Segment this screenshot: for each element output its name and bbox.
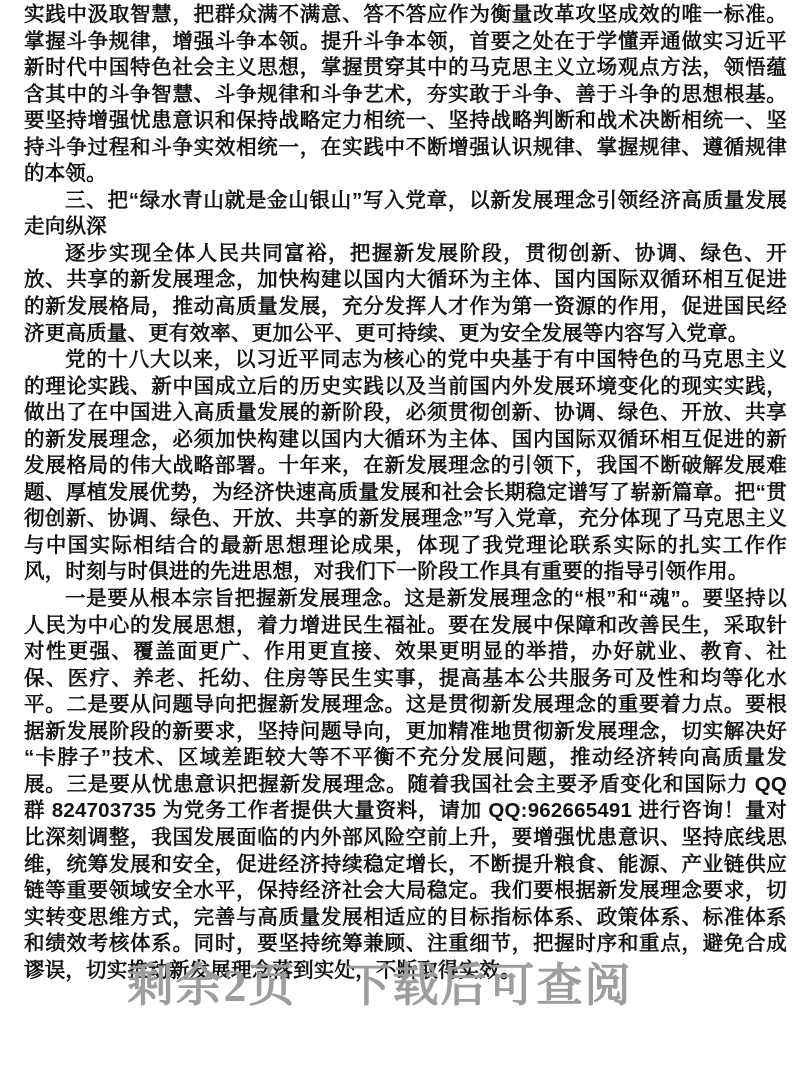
pages-remaining-label: 剩余2页 — [128, 960, 297, 1011]
paragraph-18th-congress: 党的十八大以来，以习近平同志为核心的党中央基于有中国特色的马克思主义的理论实践、… — [24, 347, 787, 586]
section-heading-three: 三、把“绿水青山就是金山银山”写入党章，以新发展理念引领经济高质量发展走向纵深 — [24, 188, 787, 241]
download-hint-label: 下载后可查阅 — [345, 960, 633, 1011]
document-page: 实践中汲取智慧，把群众满不满意、答不答应作为衡量改革攻坚成效的唯一标准。掌握斗争… — [0, 0, 800, 1069]
document-body: 实践中汲取智慧，把群众满不满意、答不答应作为衡量改革攻坚成效的唯一标准。掌握斗争… — [24, 2, 787, 984]
paragraph-three-points: 一是要从根本宗旨把握新发展理念。这是新发展理念的“根”和“魂”。要坚持以人民为中… — [24, 586, 787, 984]
paragraph-common-prosperity: 逐步实现全体人民共同富裕，把握新发展阶段，贯彻创新、协调、绿色、开放、共享的新发… — [24, 241, 787, 347]
paragraph-continuation: 实践中汲取智慧，把群众满不满意、答不答应作为衡量改革攻坚成效的唯一标准。掌握斗争… — [24, 2, 787, 188]
remaining-pages-banner: 剩余2页下载后可查阅 — [0, 960, 780, 1012]
